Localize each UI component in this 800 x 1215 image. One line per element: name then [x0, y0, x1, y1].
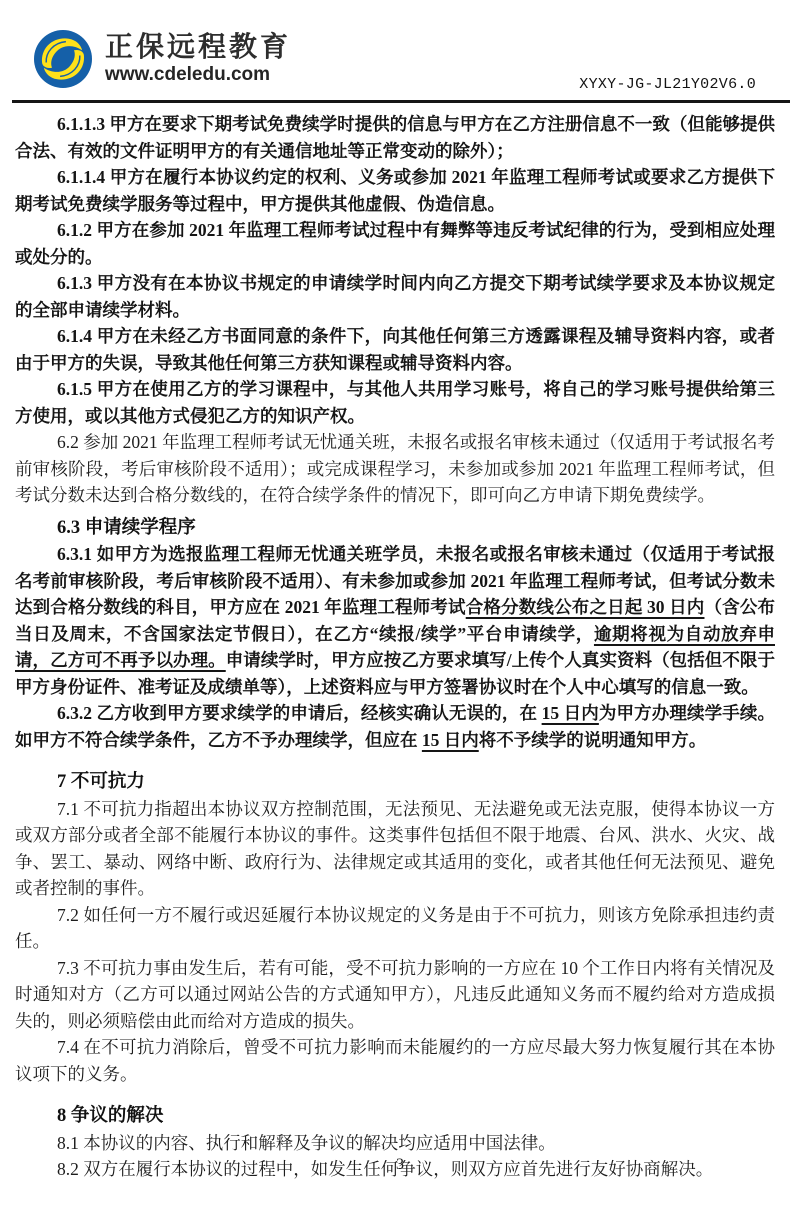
text-run: 6.1.1.4 甲方在履行本协议约定的权利、义务或参加 2021 年监理工程师考… [15, 167, 775, 214]
paragraph: 6.2 参加 2021 年监理工程师考试无忧通关班，未报名或报名审核未通过（仅适… [15, 429, 775, 509]
document-body: 6.1.1.3 甲方在要求下期考试免费续学时提供的信息与甲方在乙方注册信息不一致… [0, 103, 800, 1183]
text-run: 7.4 在不可抗力消除后，曾受不可抗力影响而未能履约的一方应尽最大努力恢复履行其… [15, 1037, 775, 1084]
underlined-text: 15 日内 [422, 730, 479, 750]
text-run: 6.1.1.3 甲方在要求下期考试免费续学时提供的信息与甲方在乙方注册信息不一致… [15, 114, 775, 161]
section-heading: 8 争议的解决 [15, 1103, 775, 1130]
paragraph: 6.1.3 甲方没有在本协议书规定的申请续学时间内向乙方提交下期考试续学要求及本… [15, 270, 775, 323]
paragraph: 6.1.2 甲方在参加 2021 年监理工程师考试过程中有舞弊等违反考试纪律的行… [15, 217, 775, 270]
paragraph: 6.1.5 甲方在使用乙方的学习课程中，与其他人共用学习账号，将自己的学习账号提… [15, 376, 775, 429]
paragraph: 8.1 本协议的内容、执行和解释及争议的解决均应适用中国法律。 [15, 1130, 775, 1157]
text-run: 7.1 不可抗力指超出本协议双方控制范围，无法预见、无法避免或无法克服，使得本协… [15, 799, 775, 899]
page-header: 正保远程教育 www.cdeledu.com XYXY-JG-JL21Y02V6… [0, 0, 800, 92]
text-run: 将不予续学的说明通知甲方。 [479, 730, 707, 750]
text-run: 6.1.3 甲方没有在本协议书规定的申请续学时间内向乙方提交下期考试续学要求及本… [15, 273, 775, 320]
paragraph: 7.2 如任何一方不履行或迟延履行本协议规定的义务是由于不可抗力，则该方免除承担… [15, 902, 775, 955]
text-run: 8.1 本协议的内容、执行和解释及争议的解决均应适用中国法律。 [57, 1133, 556, 1153]
paragraph: 6.3.1 如甲方为选报监理工程师无忧通关班学员，未报名或报名审核未通过（仅适用… [15, 541, 775, 700]
paragraph: 7.3 不可抗力事由发生后，若有可能，受不可抗力影响的一方应在 10 个工作日内… [15, 955, 775, 1035]
text-run: 6.1.5 甲方在使用乙方的学习课程中，与其他人共用学习账号，将自己的学习账号提… [15, 379, 775, 426]
paragraph: 7.1 不可抗力指超出本协议双方控制范围，无法预见、无法避免或无法克服，使得本协… [15, 796, 775, 902]
text-run: 7.2 如任何一方不履行或迟延履行本协议规定的义务是由于不可抗力，则该方免除承担… [15, 905, 775, 952]
doc-code: XYXY-JG-JL21Y02V6.0 [579, 76, 756, 93]
paragraph: 7.4 在不可抗力消除后，曾受不可抗力影响而未能履约的一方应尽最大努力恢复履行其… [15, 1034, 775, 1087]
text-run: 7 不可抗力 [57, 772, 145, 792]
text-run: 6.3 申请续学程序 [57, 518, 196, 538]
text-run: 6.2 参加 2021 年监理工程师考试无忧通关班，未报名或报名审核未通过（仅适… [15, 432, 775, 505]
underlined-text: 15 日内 [542, 703, 599, 723]
paragraph: 6.1.1.4 甲方在履行本协议约定的权利、义务或参加 2021 年监理工程师考… [15, 164, 775, 217]
underlined-text: 合格分数线公布之日起 30 日内 [466, 597, 705, 617]
paragraph: 6.1.1.3 甲方在要求下期考试免费续学时提供的信息与甲方在乙方注册信息不一致… [15, 111, 775, 164]
page-number: 3 [0, 1156, 800, 1174]
text-run: 6.1.4 甲方在未经乙方书面同意的条件下，向其他任何第三方透露课程及辅导资料内… [15, 326, 775, 373]
paragraph: 6.1.4 甲方在未经乙方书面同意的条件下，向其他任何第三方透露课程及辅导资料内… [15, 323, 775, 376]
brand-name: 正保远程教育 [105, 32, 291, 63]
document-page: 正保远程教育 www.cdeledu.com XYXY-JG-JL21Y02V6… [0, 0, 800, 1215]
text-run: 6.3.2 乙方收到甲方要求续学的申请后，经核实确认无误的，在 [57, 703, 542, 723]
text-run: 6.1.2 甲方在参加 2021 年监理工程师考试过程中有舞弊等违反考试纪律的行… [15, 220, 775, 267]
company-logo-icon [34, 30, 92, 88]
paragraph: 6.3.2 乙方收到甲方要求续学的申请后，经核实确认无误的，在 15 日内为甲方… [15, 700, 775, 753]
text-run: 7.3 不可抗力事由发生后，若有可能，受不可抗力影响的一方应在 10 个工作日内… [15, 958, 775, 1031]
brand-url: www.cdeledu.com [105, 64, 291, 87]
text-run: 8 争议的解决 [57, 1106, 163, 1126]
brand-text: 正保远程教育 www.cdeledu.com [105, 32, 291, 87]
section-heading: 7 不可抗力 [15, 769, 775, 796]
section-heading: 6.3 申请续学程序 [15, 515, 775, 542]
